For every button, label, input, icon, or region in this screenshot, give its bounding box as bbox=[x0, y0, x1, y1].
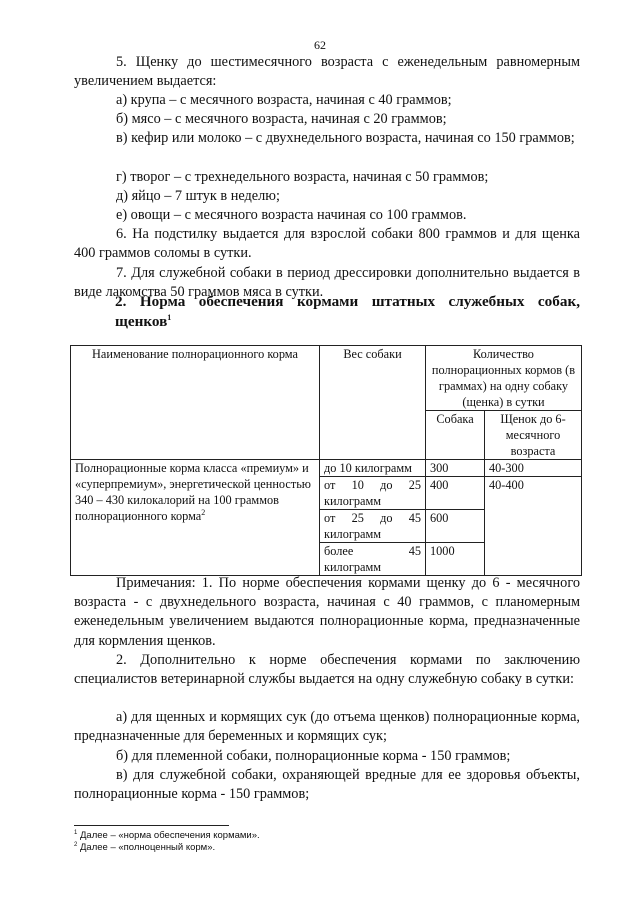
header-feed-name: Наименование полнорационного корма bbox=[71, 346, 320, 460]
page-number: 62 bbox=[0, 38, 640, 53]
puppy-cell: 40-300 bbox=[485, 460, 582, 477]
feed-name-cell: Полнорационные корма класса «премиум» и … bbox=[71, 460, 320, 576]
note-1: Примечания: 1. По норме обеспечения корм… bbox=[74, 574, 580, 651]
list-item-v: в) кефир или молоко – с двухнедельного в… bbox=[74, 129, 580, 148]
paragraph-item6: 6. На подстилку выдается для взрослой со… bbox=[74, 225, 580, 263]
section-title-line2: щенков1 bbox=[115, 312, 580, 332]
footnote-2-text: Далее – «полноценный корм». bbox=[80, 842, 215, 853]
footnote-divider bbox=[74, 825, 229, 826]
footnote-2: 2 Далее – «полноценный корм». bbox=[74, 842, 215, 853]
footnote-1-marker: 1 bbox=[74, 830, 77, 836]
note-2: 2. Дополнительно к норме обеспечения кор… bbox=[74, 651, 580, 689]
feed-norm-table: Наименование полнорационного корма Вес с… bbox=[70, 345, 582, 576]
footnote-2-marker: 2 bbox=[74, 842, 77, 848]
dog-cell: 1000 bbox=[426, 543, 485, 576]
header-dog: Собака bbox=[426, 411, 485, 460]
paragraph-item5: 5. Щенку до шестимесячного возраста с еж… bbox=[74, 53, 580, 91]
header-quantity: Количество полнорационных кормов (в грам… bbox=[426, 346, 582, 411]
footnote-1: 1 Далее – «норма обеспечения кормами». bbox=[74, 830, 260, 841]
list-item-e: е) овощи – с месячного возраста начиная … bbox=[74, 206, 580, 225]
dog-cell: 600 bbox=[426, 510, 485, 543]
table-row: Полнорационные корма класса «премиум» и … bbox=[71, 460, 582, 477]
header-puppy: Щенок до 6-месячного возраста bbox=[485, 411, 582, 460]
section-title-line1: 2. Норма обеспечения кормами штатных слу… bbox=[115, 293, 580, 310]
weight-cell: от 25 до 45 килограмм bbox=[320, 510, 426, 543]
note-item-b: б) для племенной собаки, полнорационные … bbox=[74, 747, 580, 766]
footnote-ref-2[interactable]: 2 bbox=[201, 508, 205, 517]
feed-name-text: Полнорационные корма класса «премиум» и … bbox=[75, 461, 311, 523]
list-item-b: б) мясо – с месячного возраста, начиная … bbox=[74, 110, 580, 129]
header-weight: Вес собаки bbox=[320, 346, 426, 460]
footnote-ref-1[interactable]: 1 bbox=[167, 313, 171, 322]
section-title-text: щенков bbox=[115, 313, 167, 330]
list-item-a: а) крупа – с месячного возраста, начиная… bbox=[74, 91, 580, 110]
note-item-v: в) для служебной собаки, охраняющей вред… bbox=[74, 766, 580, 804]
list-item-d: д) яйцо – 7 штук в неделю; bbox=[74, 187, 580, 206]
weight-cell: более 45 килограмм bbox=[320, 543, 426, 576]
weight-cell: до 10 килограмм bbox=[320, 460, 426, 477]
footnote-1-text: Далее – «норма обеспечения кормами». bbox=[80, 830, 260, 841]
note-item-a: а) для щенных и кормящих сук (до отъема … bbox=[74, 708, 580, 746]
dog-cell: 300 bbox=[426, 460, 485, 477]
puppy-cell: 40-400 bbox=[485, 477, 582, 576]
weight-cell: от 10 до 25 килограмм bbox=[320, 477, 426, 510]
dog-cell: 400 bbox=[426, 477, 485, 510]
section-heading: 2. Норма обеспечения кормами штатных слу… bbox=[115, 292, 580, 332]
list-item-g: г) творог – с трехнедельного возраста, н… bbox=[74, 168, 580, 187]
